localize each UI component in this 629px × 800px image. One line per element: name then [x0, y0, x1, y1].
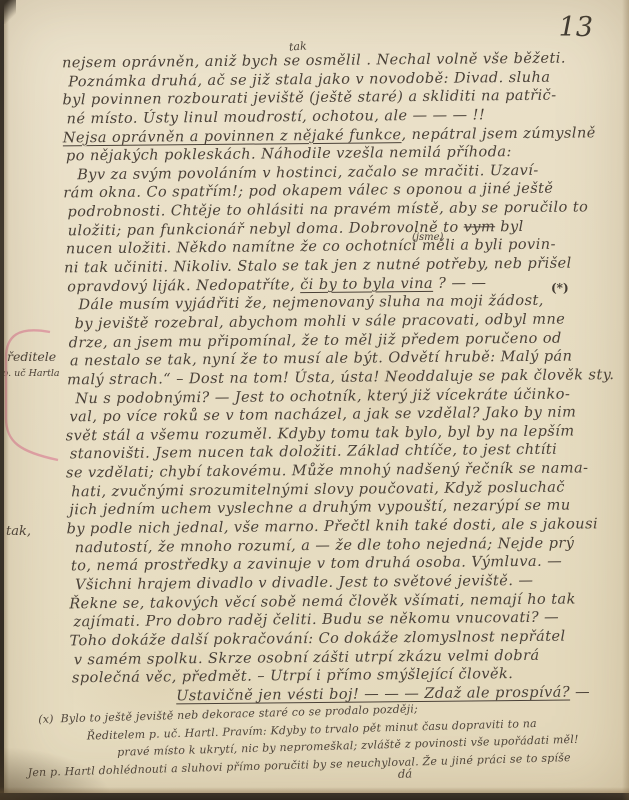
underlined-phrase: či by to byla vina	[300, 276, 433, 293]
text-segment: , nepátral jsem zúmyslně	[401, 125, 595, 143]
footnote-trailing-word: dá	[398, 766, 413, 780]
margin-bracket-pencil	[0, 318, 80, 478]
manuscript-page: 13 tak (jsme) (*) ředitele p. uč Hartla …	[0, 0, 629, 800]
text-segment: ? — —	[433, 275, 486, 292]
scan-edge-left-shadow	[4, 0, 9, 800]
underlined-phrase: Nejsa oprávněn a povinnen z nějaké funkc…	[63, 127, 402, 146]
manuscript-text: nejsem oprávněn, aniž bych se osmělil . …	[0, 49, 628, 707]
footnote-marker: (x)	[38, 712, 54, 725]
text-segment: uložiti; pan funkcionář nebyl doma. Dobr…	[68, 219, 464, 239]
text-segment: byl	[495, 219, 524, 235]
paper-corner-shadow	[0, 0, 16, 24]
struck-word: vym	[464, 219, 496, 235]
paper-corner-shadow	[0, 748, 110, 800]
scan-edge-right	[622, 0, 629, 800]
text-segment: opravdový liják. Nedopatříte,	[67, 277, 300, 295]
page-number: 13	[559, 12, 593, 43]
